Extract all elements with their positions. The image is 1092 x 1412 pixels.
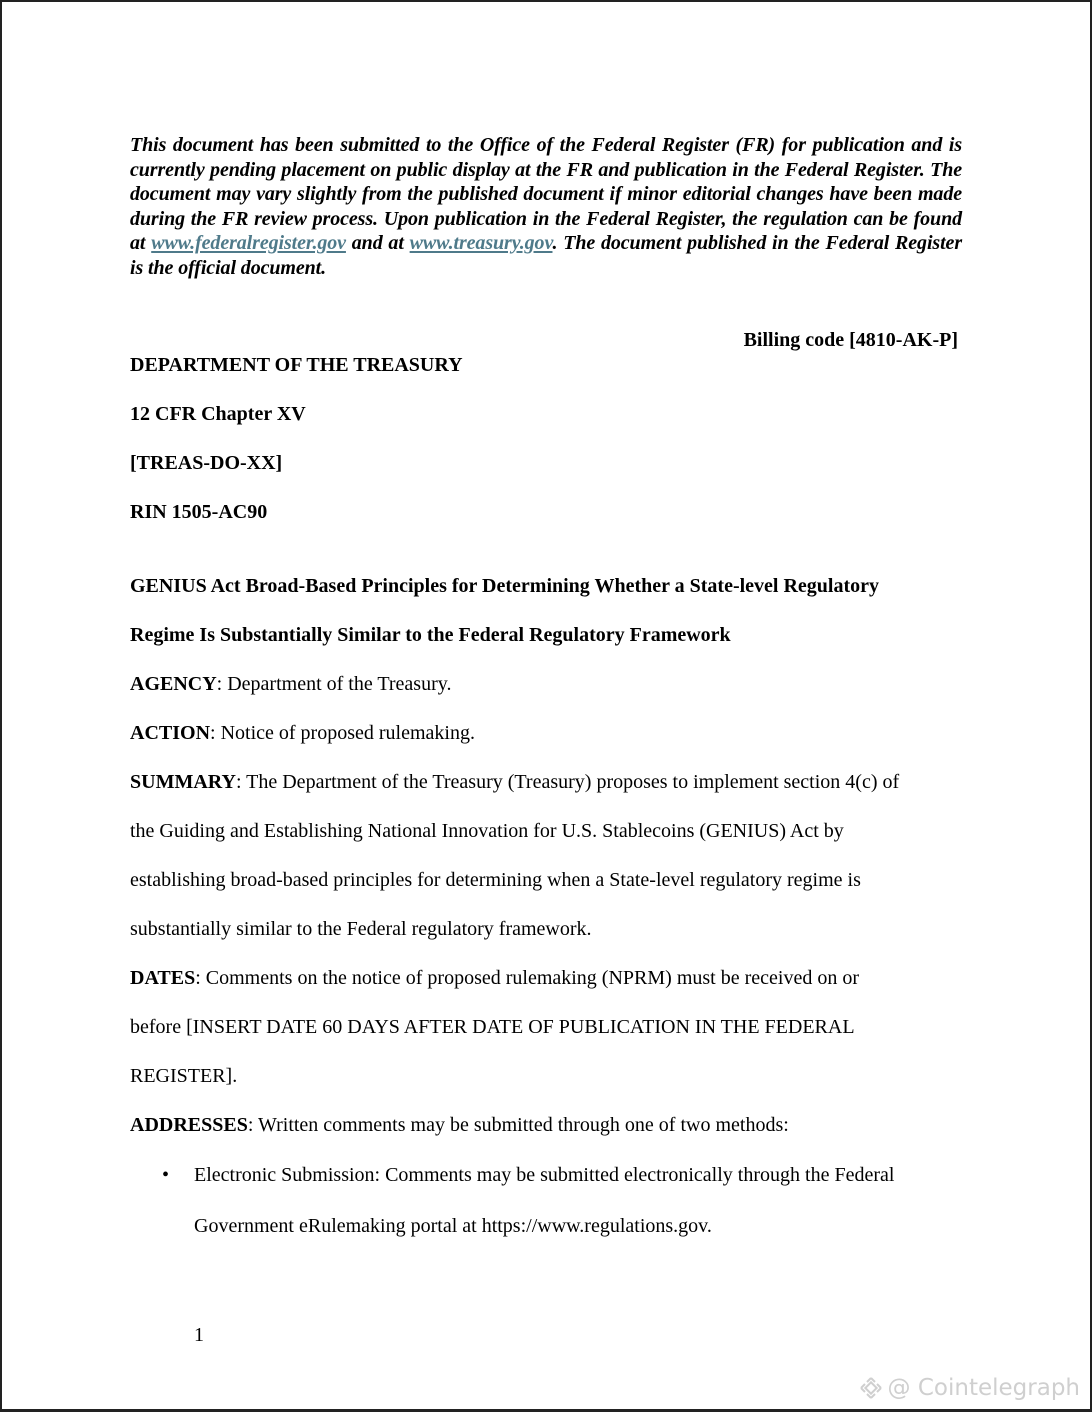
docket-number: [TREAS-DO-XX]	[130, 452, 282, 475]
bullet-icon: •	[162, 1164, 169, 1187]
agency-label: AGENCY	[130, 673, 217, 695]
addresses-line: ADDRESSES: Written comments may be submi…	[130, 1114, 789, 1137]
agency-line: AGENCY: Department of the Treasury.	[130, 673, 451, 696]
electronic-submission-line-2: Government eRulemaking portal at https:/…	[194, 1215, 712, 1238]
summary-line-4: substantially similar to the Federal reg…	[130, 918, 592, 941]
summary-label: SUMMARY	[130, 771, 236, 793]
federalregister-link[interactable]: www.federalregister.gov	[151, 232, 346, 254]
dates-label: DATES	[130, 967, 195, 989]
dates-line-1: DATES: Comments on the notice of propose…	[130, 967, 859, 990]
billing-code: Billing code [4810-AK-P]	[744, 329, 958, 352]
watermark-text: @ Cointelegraph	[888, 1375, 1080, 1401]
summary-line-1: SUMMARY: The Department of the Treasury …	[130, 771, 899, 794]
addresses-label: ADDRESSES	[130, 1114, 248, 1136]
cfr-chapter: 12 CFR Chapter XV	[130, 403, 306, 426]
page-number: 1	[194, 1324, 204, 1347]
dates-line-2: before [INSERT DATE 60 DAYS AFTER DATE O…	[130, 1016, 855, 1039]
summary-line-3: establishing broad-based principles for …	[130, 869, 861, 892]
action-label: ACTION	[130, 722, 210, 744]
rin-number: RIN 1505-AC90	[130, 501, 267, 524]
summary-line-2: the Guiding and Establishing National In…	[130, 820, 844, 843]
binance-diamond-icon	[858, 1375, 884, 1401]
cointelegraph-watermark: @ Cointelegraph	[858, 1375, 1080, 1401]
document-title-line-2: Regime Is Substantially Similar to the F…	[130, 624, 731, 647]
electronic-submission-line-1: Electronic Submission: Comments may be s…	[194, 1164, 894, 1187]
document-page: This document has been submitted to the …	[0, 0, 1092, 1412]
dates-line-3: REGISTER].	[130, 1065, 237, 1088]
fr-submission-notice: This document has been submitted to the …	[130, 133, 962, 280]
treasury-link[interactable]: www.treasury.gov	[410, 232, 553, 254]
action-line: ACTION: Notice of proposed rulemaking.	[130, 722, 475, 745]
document-title-line-1: GENIUS Act Broad-Based Principles for De…	[130, 575, 879, 598]
department-heading: DEPARTMENT OF THE TREASURY	[130, 354, 463, 377]
